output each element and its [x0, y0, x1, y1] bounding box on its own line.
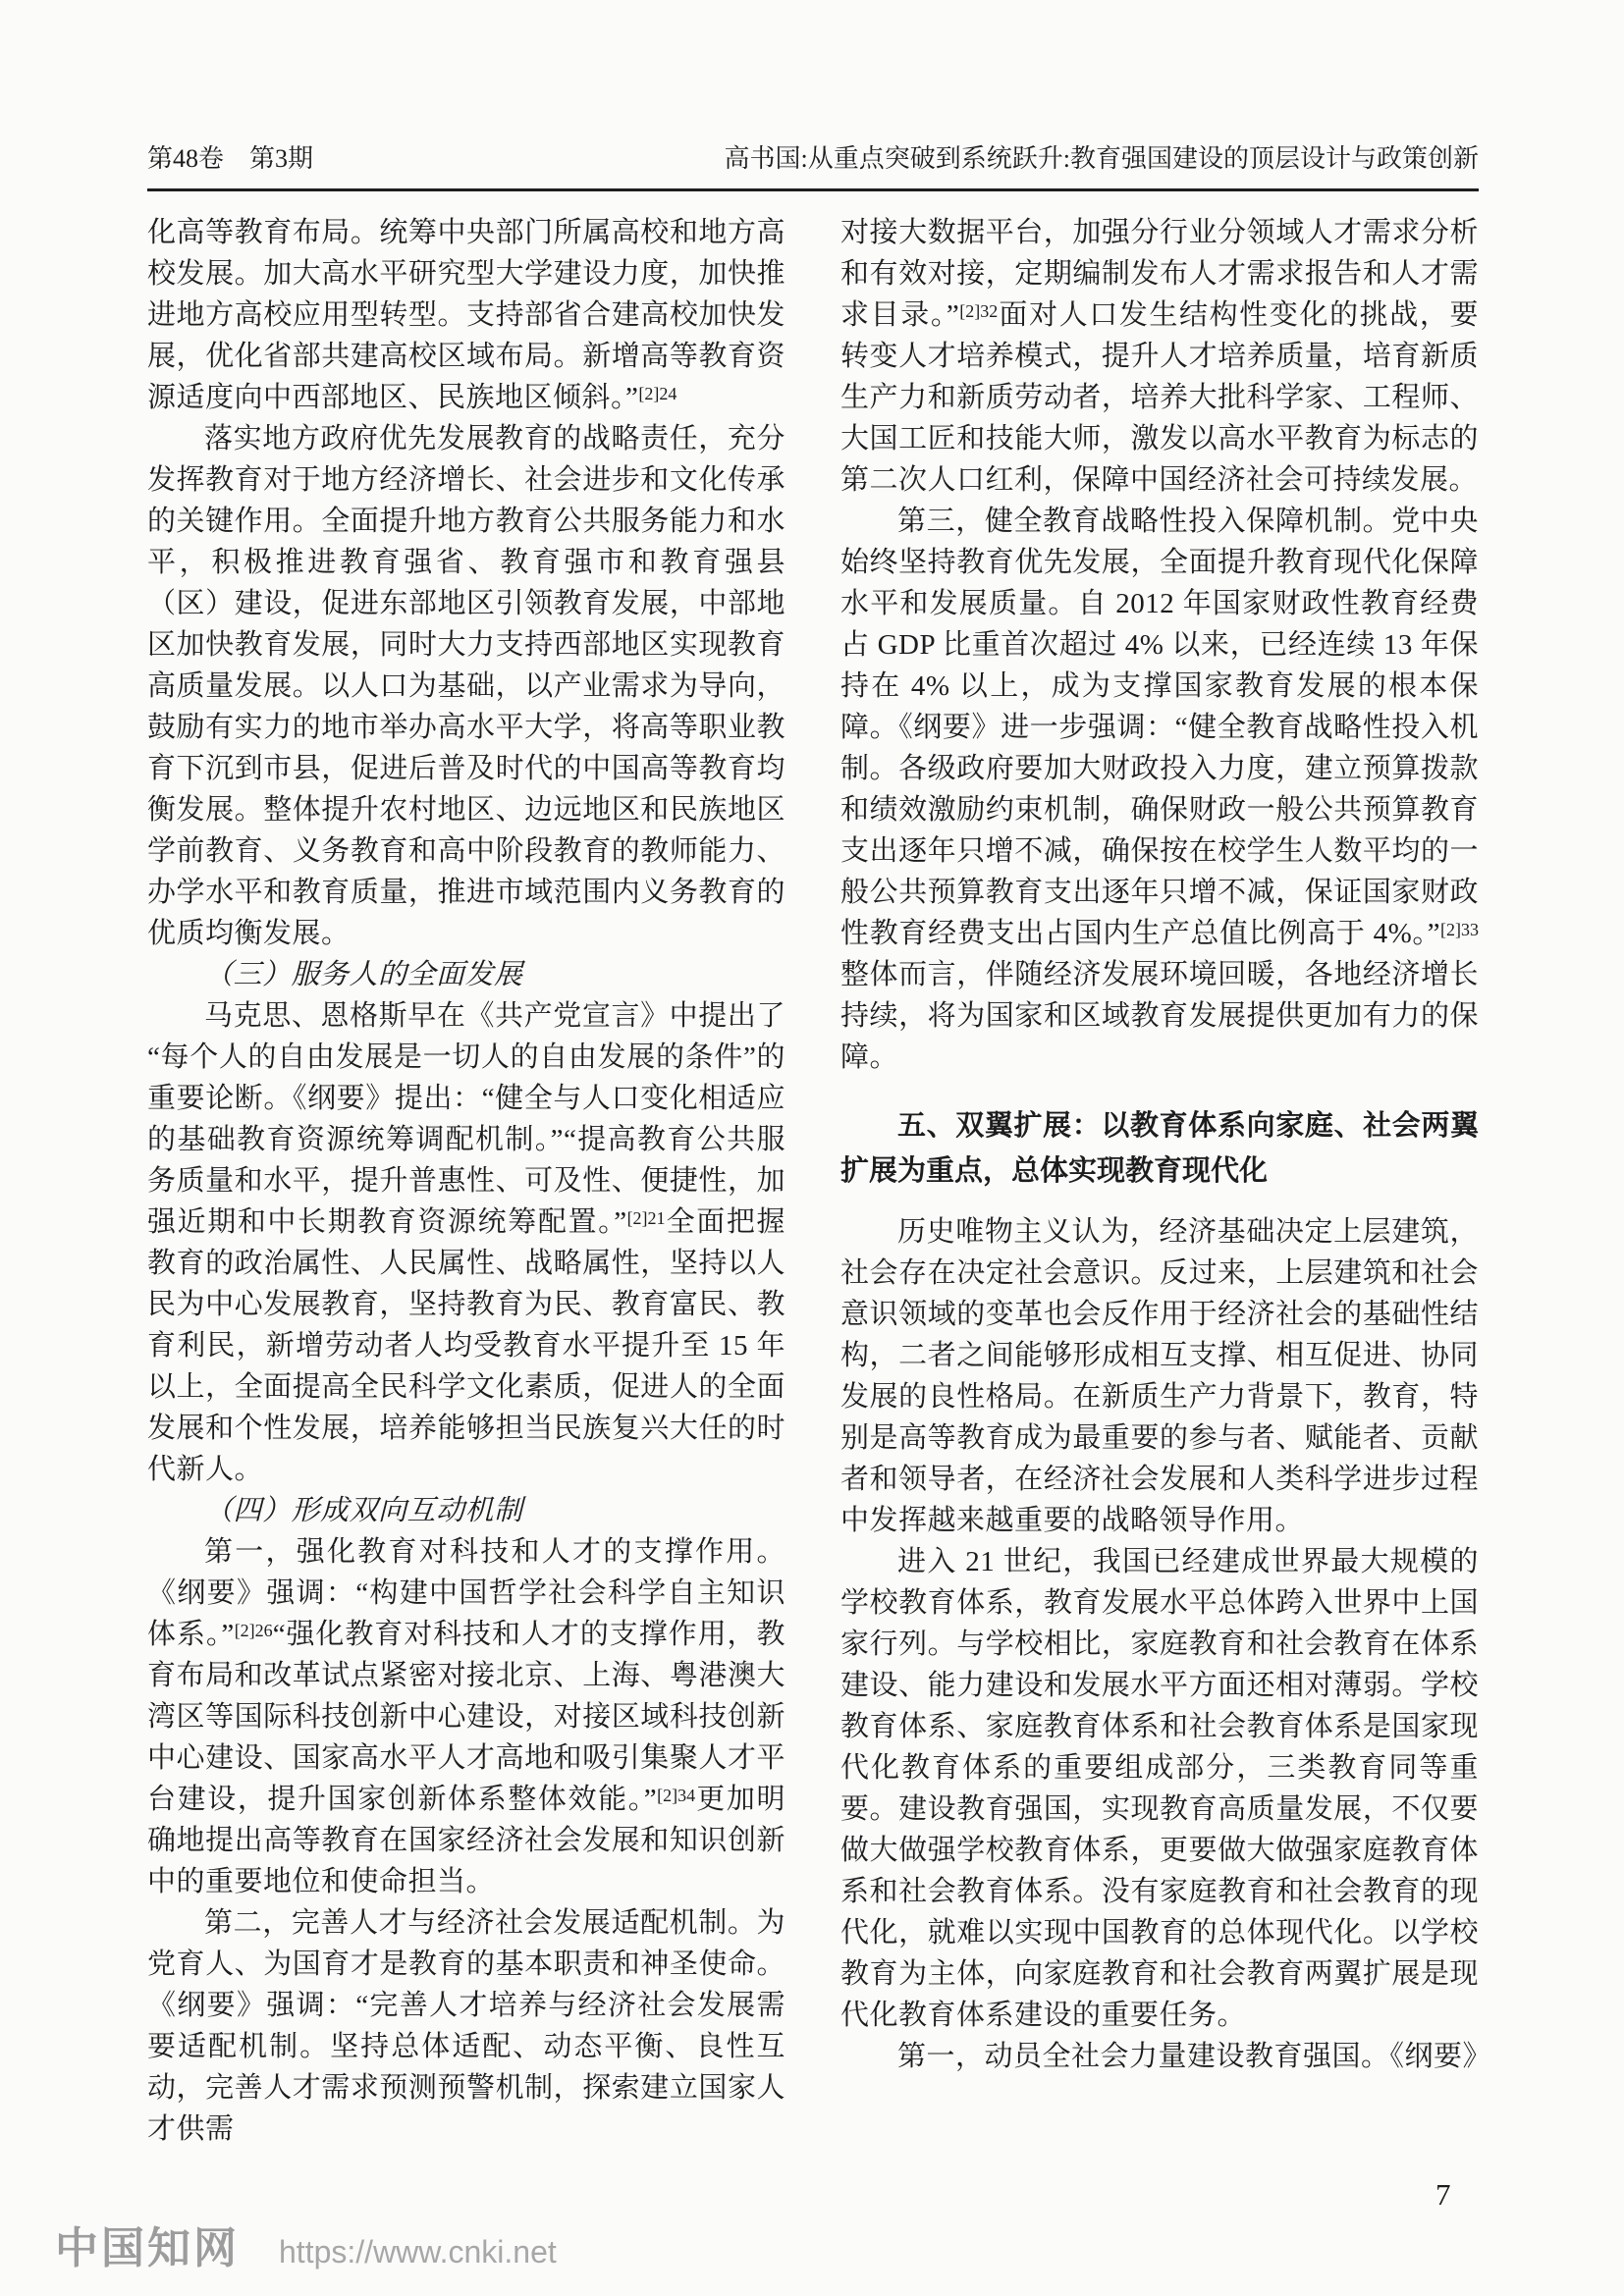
text-run: 化高等教育布局。统筹中央部门所属高校和地方高校发展。加大高水平研究型大学建设力度…	[147, 217, 785, 413]
text-run: （三）服务人的全面发展	[204, 959, 523, 990]
header-rule	[147, 188, 1479, 191]
citation-superscript: [2]34	[657, 1786, 695, 1805]
text-run: 历史唯物主义认为，经济基础决定上层建筑，社会存在决定社会意识。反过来，上层建筑和…	[840, 1216, 1479, 1536]
body-paragraph: 化高等教育布局。统筹中央部门所属高校和地方高校发展。加大高水平研究型大学建设力度…	[147, 212, 785, 418]
text-columns: 化高等教育布局。统筹中央部门所属高校和地方高校发展。加大高水平研究型大学建设力度…	[147, 212, 1479, 2150]
citation-superscript: [2]33	[1440, 920, 1479, 939]
body-paragraph: 落实地方政府优先发展教育的战略责任，充分发挥教育对于地方经济增长、社会进步和文化…	[147, 418, 785, 954]
body-paragraph: 第二，完善人才与经济社会发展适配机制。为党育人、为国育才是教育的基本职责和神圣使…	[147, 1902, 785, 2150]
citation-superscript: [2]24	[638, 384, 677, 403]
subsection-heading: （四）形成双向互动机制	[147, 1490, 785, 1531]
body-paragraph: 马克思、恩格斯早在《共产党宣言》中提出了“每个人的自由发展是一切人的自由发展的条…	[147, 995, 785, 1490]
cnki-footer: 中国知网 https://www.cnki.net	[55, 2213, 557, 2275]
text-run: 五、双翼扩展：以教育体系向家庭、社会两翼扩展为重点，总体实现教育现代化	[840, 1110, 1479, 1187]
text-run: 进入 21 世纪，我国已经建成世界最大规模的学校教育体系，教育发展水平总体跨入世…	[840, 1546, 1479, 2031]
citation-superscript: [2]26	[235, 1621, 273, 1640]
body-paragraph: 对接大数据平台，加强分行业分领域人才需求分析和有效对接，定期编制发布人才需求报告…	[840, 212, 1479, 501]
body-paragraph: 进入 21 世纪，我国已经建成世界最大规模的学校教育体系，教育发展水平总体跨入世…	[840, 1541, 1479, 2036]
text-run: 第二，完善人才与经济社会发展适配机制。为党育人、为国育才是教育的基本职责和神圣使…	[147, 1907, 785, 2145]
text-run: 整体而言，伴随经济发展环境回暖，各地经济增长持续，将为国家和区域教育发展提供更加…	[840, 959, 1479, 1073]
text-run: 第一，动员全社会力量建设教育强国。《纲要》	[897, 2041, 1491, 2072]
body-paragraph: 历史唯物主义认为，经济基础决定上层建筑，社会存在决定社会意识。反过来，上层建筑和…	[840, 1211, 1479, 1541]
cnki-logo-text: 中国知网	[55, 2213, 240, 2275]
text-run: 落实地方政府优先发展教育的战略责任，充分发挥教育对于地方经济增长、社会进步和文化…	[147, 423, 785, 949]
volume-issue: 第48卷 第3期	[147, 143, 313, 175]
subsection-heading: （三）服务人的全面发展	[147, 954, 785, 995]
text-run: 第三，健全教育战略性投入保障机制。党中央始终坚持教育优先发展，全面提升教育现代化…	[840, 506, 1479, 949]
section-heading: 五、双翼扩展：以教育体系向家庭、社会两翼扩展为重点，总体实现教育现代化	[840, 1078, 1479, 1211]
text-run: 全面把握教育的政治属性、人民属性、战略属性，坚持以人民为中心发展教育，坚持教育为…	[147, 1206, 785, 1485]
left-column: 化高等教育布局。统筹中央部门所属高校和地方高校发展。加大高水平研究型大学建设力度…	[147, 212, 785, 2150]
body-paragraph: 第一，强化教育对科技和人才的支撑作用。《纲要》强调：“构建中国哲学社会科学自主知…	[147, 1531, 785, 1902]
body-paragraph: 第一，动员全社会力量建设教育强国。《纲要》	[840, 2036, 1479, 2077]
running-title: 高书国:从重点突破到系统跃升:教育强国建设的顶层设计与政策创新	[725, 143, 1479, 175]
citation-superscript: [2]32	[959, 301, 998, 321]
running-header: 第48卷 第3期 高书国:从重点突破到系统跃升:教育强国建设的顶层设计与政策创新	[147, 143, 1479, 175]
citation-superscript: [2]21	[627, 1208, 666, 1228]
body-paragraph: 第三，健全教育战略性投入保障机制。党中央始终坚持教育优先发展，全面提升教育现代化…	[840, 501, 1479, 1078]
text-run: 马克思、恩格斯早在《共产党宣言》中提出了“每个人的自由发展是一切人的自由发展的条…	[147, 1000, 785, 1238]
page-number: 7	[1435, 2177, 1451, 2213]
text-run: （四）形成双向互动机制	[204, 1495, 523, 1526]
journal-page: 第48卷 第3期 高书国:从重点突破到系统跃升:教育强国建设的顶层设计与政策创新…	[0, 0, 1624, 2296]
cnki-url: https://www.cnki.net	[279, 2234, 557, 2270]
right-column: 对接大数据平台，加强分行业分领域人才需求分析和有效对接，定期编制发布人才需求报告…	[840, 212, 1479, 2150]
